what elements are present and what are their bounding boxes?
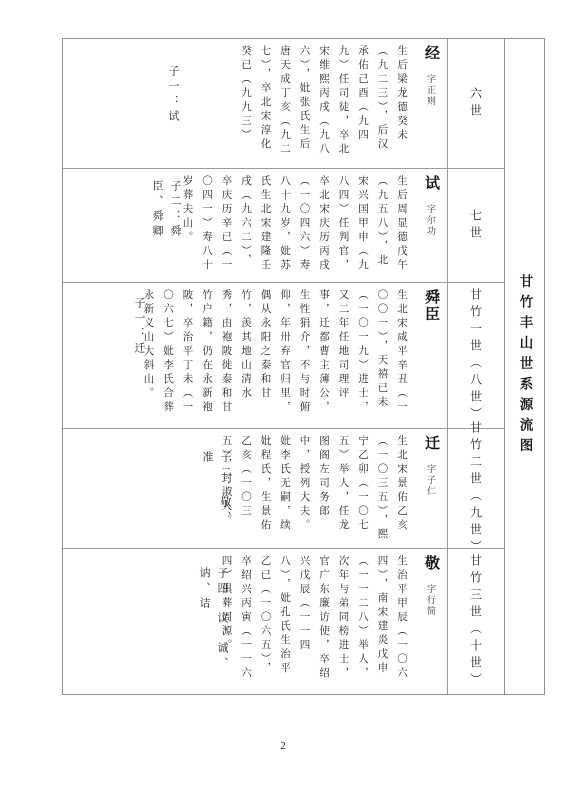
generation-label: 七世	[468, 209, 485, 243]
document-page: 子一：试 生后梁龙德癸未（九二三），后汉承佑己酉（九四九）任司徒，卒北宋维熙丙戌…	[0, 0, 566, 800]
generation-label-cell: 六世	[447, 39, 504, 168]
person-name: 迁	[423, 435, 439, 452]
courtesy-name: 字行简	[426, 584, 436, 617]
generation-row-9: 子二：敬、准 生北宋景佑乙亥（一〇三五），熙宁乙卯（一〇七五）举人，任龙图阁左司…	[63, 429, 504, 549]
person-name-block: 敬 字行简	[421, 555, 442, 617]
person-cell: 子一：迁 生北宋咸平辛丑（一〇〇一），天禧已未（一〇一九）进士，又二年任地司理评…	[63, 283, 447, 428]
biography-text: 生北宋咸平辛丑（一〇〇一），天禧已未（一〇一九）进士，又二年任地司理评事，迁都曹…	[138, 289, 411, 422]
genealogy-table: 子一：试 生后梁龙德癸未（九二三），后汉承佑己酉（九四九）任司徒，卒北宋维熙丙戌…	[62, 38, 545, 695]
biography-text: 生后梁龙德癸未（九二三），后汉承佑己酉（九四九）任司徒，卒北宋维熙丙戌（九八六）…	[236, 45, 412, 162]
generation-row-8: 子一：迁 生北宋咸平辛丑（一〇〇一），天禧已未（一〇一九）进士，又二年任地司理评…	[63, 283, 504, 429]
person-name: 经	[423, 45, 439, 62]
generation-label-cell: 甘竹三世（十世）	[447, 549, 504, 694]
person-name-block: 经 字正则	[421, 45, 442, 107]
generation-row-6: 子一：试 生后梁龙德癸未（九二三），后汉承佑己酉（九四九）任司徒，卒北宋维熙丙戌…	[63, 39, 504, 169]
generation-row-10: 子四：议、诚、讷、诘 生治平甲辰（一〇六四），南宋建炎戊申（一一二八）举人，次年…	[63, 549, 504, 694]
person-name: 试	[423, 175, 439, 192]
sons-note: 子一：试	[164, 65, 182, 125]
biography-text: 生治平甲辰（一〇六四），南宋建炎戊申（一一二八）举人，次年与弟同榜进士，官广东廉…	[216, 555, 411, 688]
generation-label-cell: 甘竹一世（八世）	[447, 283, 504, 428]
generation-row-7: 子二：舜臣、舜卿 生后周显德戊午（九五八），北宋兴国甲申（九八四）任判官，卒北宋…	[63, 169, 504, 283]
courtesy-name: 字子仁	[426, 464, 436, 497]
generation-label-cell: 甘竹二世（九世）	[447, 429, 504, 548]
chart-title: 甘竹丰山世系源流图	[515, 274, 535, 459]
person-cell: 子四：议、诚、讷、诘 生治平甲辰（一〇六四），南宋建炎戊申（一一二八）举人，次年…	[63, 549, 447, 694]
biography-text: 生后周显德戊午（九五八），北宋兴国甲申（九八四）任判官，卒北宋庆历丙戌（一〇四六…	[177, 175, 411, 276]
generation-label: 甘竹二世（九世）	[468, 421, 485, 557]
courtesy-name: 字尔功	[426, 204, 436, 237]
chart-title-column: 甘竹丰山世系源流图	[505, 39, 544, 694]
generation-label-cell: 七世	[447, 169, 504, 282]
person-name-block: 迁 字子仁	[421, 435, 442, 497]
courtesy-name: 字正则	[426, 74, 436, 107]
person-cell: 子二：敬、准 生北宋景佑乙亥（一〇三五），熙宁乙卯（一〇七五）举人，任龙图阁左司…	[63, 429, 447, 548]
person-name-block: 试 字尔功	[421, 175, 442, 237]
page-number: 2	[0, 740, 566, 752]
person-name-block: 舜臣	[421, 289, 442, 331]
person-name: 敬	[423, 555, 439, 572]
person-name: 舜臣	[423, 289, 439, 323]
generation-label: 六世	[468, 87, 485, 121]
generation-rows: 子一：试 生后梁龙德癸未（九二三），后汉承佑己酉（九四九）任司徒，卒北宋维熙丙戌…	[63, 39, 505, 694]
generation-label: 甘竹一世（八世）	[468, 288, 485, 424]
person-cell: 子一：试 生后梁龙德癸未（九二三），后汉承佑己酉（九四九）任司徒，卒北宋维熙丙戌…	[63, 39, 447, 168]
biography-text: 生北宋景佑乙亥（一〇三五），熙宁乙卯（一〇七五）举人，任龙图阁左司务郎中，授列大…	[216, 435, 411, 542]
generation-label: 甘竹三世（十世）	[468, 554, 485, 690]
person-cell: 子二：舜臣、舜卿 生后周显德戊午（九五八），北宋兴国甲申（九八四）任判官，卒北宋…	[63, 169, 447, 282]
